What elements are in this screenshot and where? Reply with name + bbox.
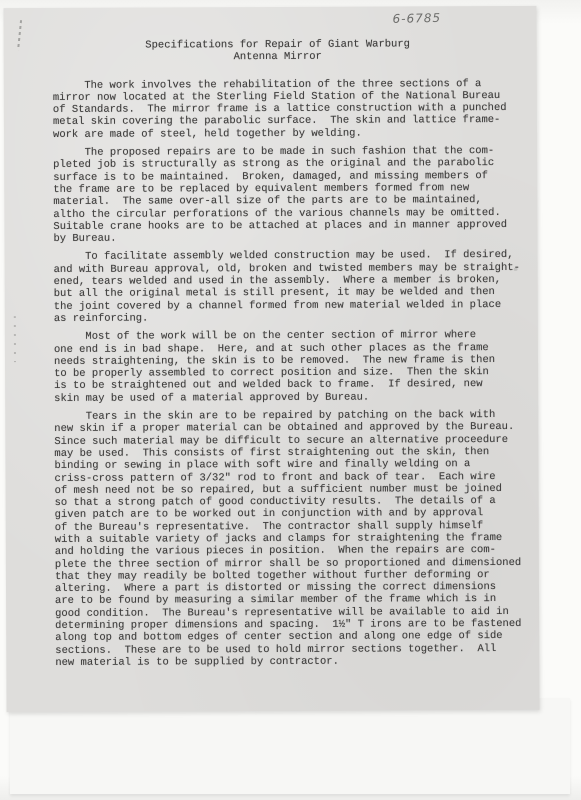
- handwritten-catalog-number: 6-6785: [393, 11, 442, 26]
- paragraph-4: Most of the work will be on the center s…: [54, 329, 532, 405]
- scan-artifact-mark: [17, 20, 22, 50]
- paragraph-1: The work involves the rehabilitation of …: [53, 77, 531, 141]
- document-title: Specifications for Repair of Giant Warbu…: [53, 38, 503, 65]
- scan-artifact-mark: [14, 316, 16, 362]
- typewritten-text-block: Specifications for Repair of Giant Warbu…: [53, 38, 534, 675]
- paragraph-3: To facilitate assembly welded constructi…: [54, 249, 532, 325]
- paper-sheet: 6-6785 Specifications for Repair of Gian…: [3, 6, 539, 712]
- document-title-line2: Antenna Mirror: [53, 50, 503, 64]
- paragraph-2: The proposed repairs are to be made in s…: [53, 145, 531, 245]
- backing-sheet: [10, 698, 570, 794]
- paragraph-5: Tears in the skin are to be repaired by …: [54, 409, 533, 669]
- scanned-document-page: 6-6785 Specifications for Repair of Gian…: [0, 0, 581, 800]
